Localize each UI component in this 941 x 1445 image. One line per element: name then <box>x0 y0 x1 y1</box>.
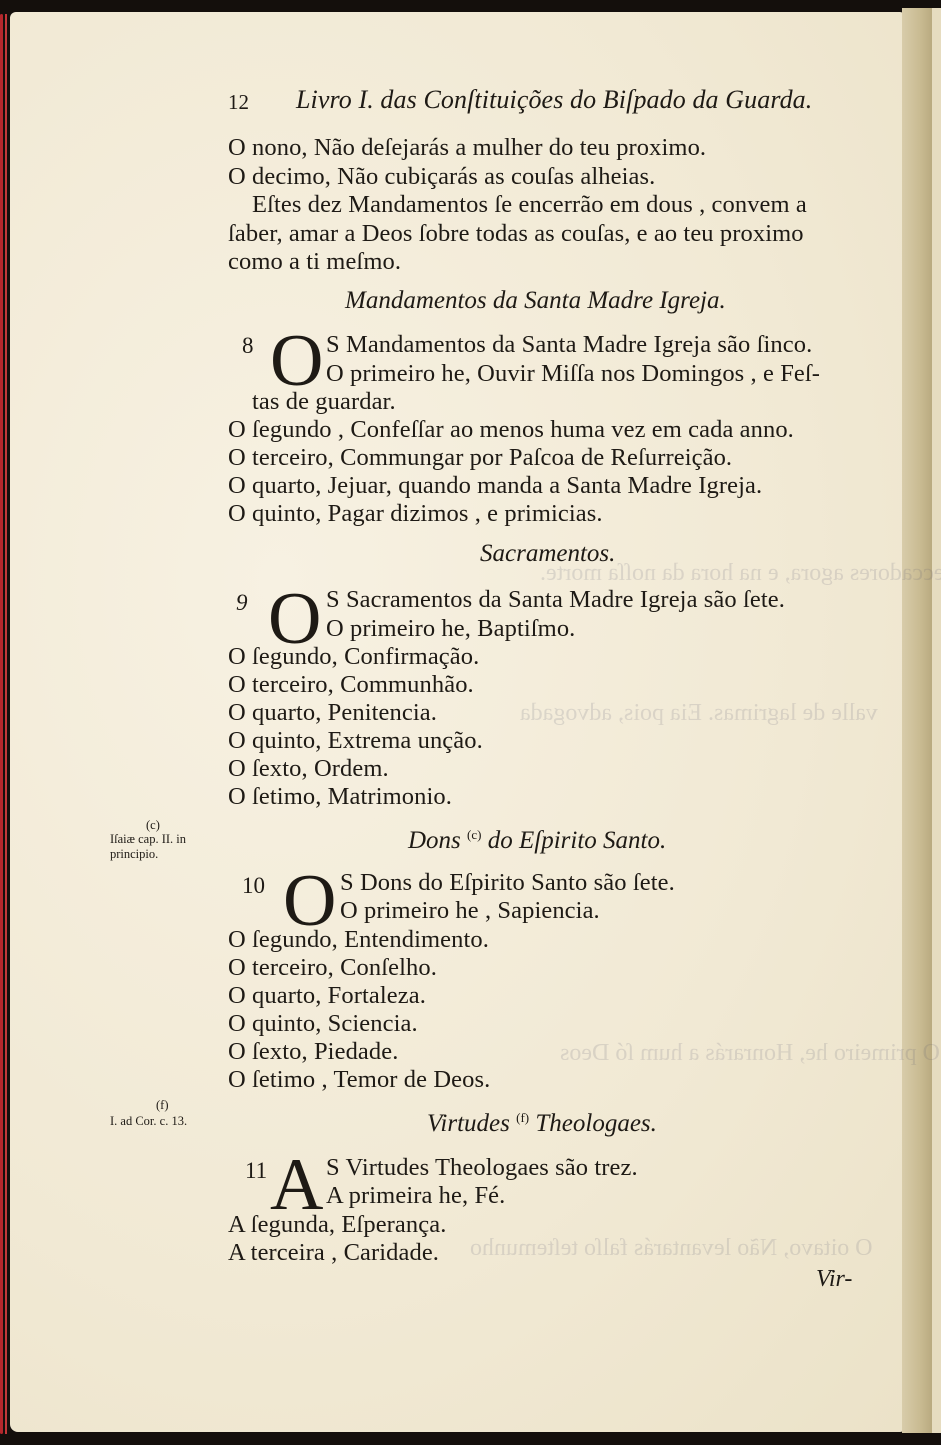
heading-text: do Eſpirito Santo. <box>488 827 666 854</box>
page-edge-red <box>0 14 3 1434</box>
text-line: O ſegundo , Confeſſar ao menos huma vez … <box>228 416 794 444</box>
section-heading: Sacramentos. <box>480 540 615 568</box>
text-line: O ſexto, Ordem. <box>228 755 389 783</box>
facing-page-edge <box>932 8 941 1433</box>
margin-note-text: I. ad Cor. c. 13. <box>110 1114 187 1129</box>
running-title: Livro I. das Conſtituições do Biſpado da… <box>296 86 812 114</box>
text-line: O primeiro he , Sapiencia. <box>340 897 600 925</box>
text-line: O terceiro, Communhão. <box>228 671 474 699</box>
margin-note-mark: (f) <box>156 1098 169 1113</box>
text-line: O terceiro, Commungar por Paſcoa de Reſu… <box>228 444 732 472</box>
heading-text: Theologaes. <box>535 1110 657 1137</box>
section-heading: Virtudes (f) Theologaes. <box>427 1110 657 1138</box>
text-line: O quinto, Sciencia. <box>228 1010 418 1038</box>
text-line: ſaber, amar a Deos ſobre todas as couſas… <box>228 220 804 248</box>
margin-note-text: principio. <box>110 847 158 862</box>
section-number: 10 <box>242 873 265 899</box>
text-line: tas de guardar. <box>252 388 396 416</box>
text-line: A ſegunda, Eſperança. <box>228 1211 446 1239</box>
text-line: A primeira he, Fé. <box>326 1182 505 1210</box>
section-heading: Dons (c) do Eſpirito Santo. <box>408 827 666 855</box>
text-line: O nono, Não deſejarás a mulher do teu pr… <box>228 134 706 162</box>
section-heading: Mandamentos da Santa Madre Igreja. <box>345 287 726 315</box>
show-through-text: O primeiro he, Honrarás a hum ſó Deos <box>560 1040 940 1067</box>
text-line: O ſetimo , Temor de Deos. <box>228 1066 490 1094</box>
text-line: Eſtes dez Mandamentos ſe encerrão em dou… <box>252 191 807 219</box>
margin-note-text: Iſaiæ cap. II. in <box>110 832 186 847</box>
text-line: O quarto, Fortaleza. <box>228 982 426 1010</box>
heading-text: Virtudes <box>427 1110 510 1137</box>
text-line: O ſegundo, Confirmação. <box>228 643 479 671</box>
drop-cap: O <box>270 326 323 396</box>
show-through-text: O oitavo, Não levantarás falſo teſtemunh… <box>470 1235 873 1262</box>
text-line: O quinto, Extrema unção. <box>228 727 483 755</box>
text-line: O primeiro he, Ouvir Miſſa nos Domingos … <box>326 360 820 388</box>
facing-page-gutter <box>902 8 932 1433</box>
text-line: O ſegundo, Entendimento. <box>228 926 489 954</box>
text-line: S Mandamentos da Santa Madre Igreja são … <box>326 331 812 359</box>
text-line: como a ti meſmo. <box>228 248 401 276</box>
text-line: O quarto, Jejuar, quando manda a Santa M… <box>228 472 762 500</box>
text-line: O quarto, Penitencia. <box>228 699 437 727</box>
page-number: 12 <box>228 90 249 115</box>
text-line: O ſexto, Piedade. <box>228 1038 398 1066</box>
heading-text: Dons <box>408 827 461 854</box>
text-line: S Sacramentos da Santa Madre Igreja são … <box>326 586 785 614</box>
catchword: Vir- <box>816 1266 852 1293</box>
text-line: O decimo, Não cubiçarás as couſas alheia… <box>228 163 655 191</box>
text-line: A terceira , Caridade. <box>228 1239 439 1267</box>
footnote-ref: (c) <box>467 827 481 842</box>
margin-note-mark: (c) <box>146 818 160 833</box>
text-line: O terceiro, Conſelho. <box>228 954 437 982</box>
drop-cap: A <box>270 1150 323 1220</box>
section-number: 11 <box>245 1158 267 1184</box>
footnote-ref: (f) <box>516 1110 529 1125</box>
text-line: O ſetimo, Matrimonio. <box>228 783 452 811</box>
section-number: 8 <box>242 333 254 359</box>
text-line: O primeiro he, Baptiſmo. <box>326 615 575 643</box>
text-line: S Virtudes Theologaes são trez. <box>326 1154 638 1182</box>
page-edge-red-inner <box>5 14 7 1434</box>
text-line: O quinto, Pagar dizimos , e primicias. <box>228 500 603 528</box>
show-through-text: valle de lagrimas. Eia pois, advogada <box>520 700 878 727</box>
text-line: S Dons do Eſpirito Santo são ſete. <box>340 869 675 897</box>
section-number: 9 <box>236 590 248 616</box>
